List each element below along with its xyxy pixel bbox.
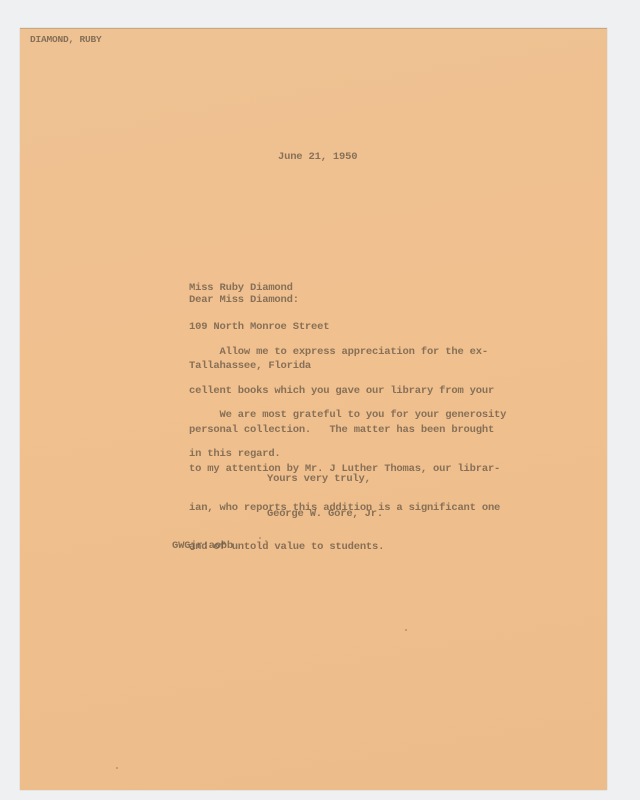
salutation: Dear Miss Diamond:	[189, 294, 299, 307]
letter-page: DIAMOND, RUBY June 21, 1950 Miss Ruby Di…	[20, 28, 607, 790]
paper-speck	[116, 767, 118, 769]
paragraph-line: and of untold value to students.	[189, 541, 500, 554]
paragraph-line: in this regard.	[189, 448, 506, 461]
body-paragraph-2: We are most grateful to you for your gen…	[189, 383, 506, 487]
paragraph-line: We are most grateful to you for your gen…	[189, 409, 506, 422]
paper-speck	[405, 629, 407, 631]
reference-initials: GWGjr:aobb	[172, 540, 233, 553]
letter-date: June 21, 1950	[278, 151, 357, 164]
paper-speck	[265, 540, 267, 542]
paragraph-line: Allow me to express appreciation for the…	[189, 346, 500, 359]
paper-speck	[259, 537, 261, 539]
signature-name: George W. Gore, Jr.	[267, 508, 383, 521]
file-label: DIAMOND, RUBY	[30, 33, 102, 46]
closing: Yours very truly,	[267, 473, 371, 486]
